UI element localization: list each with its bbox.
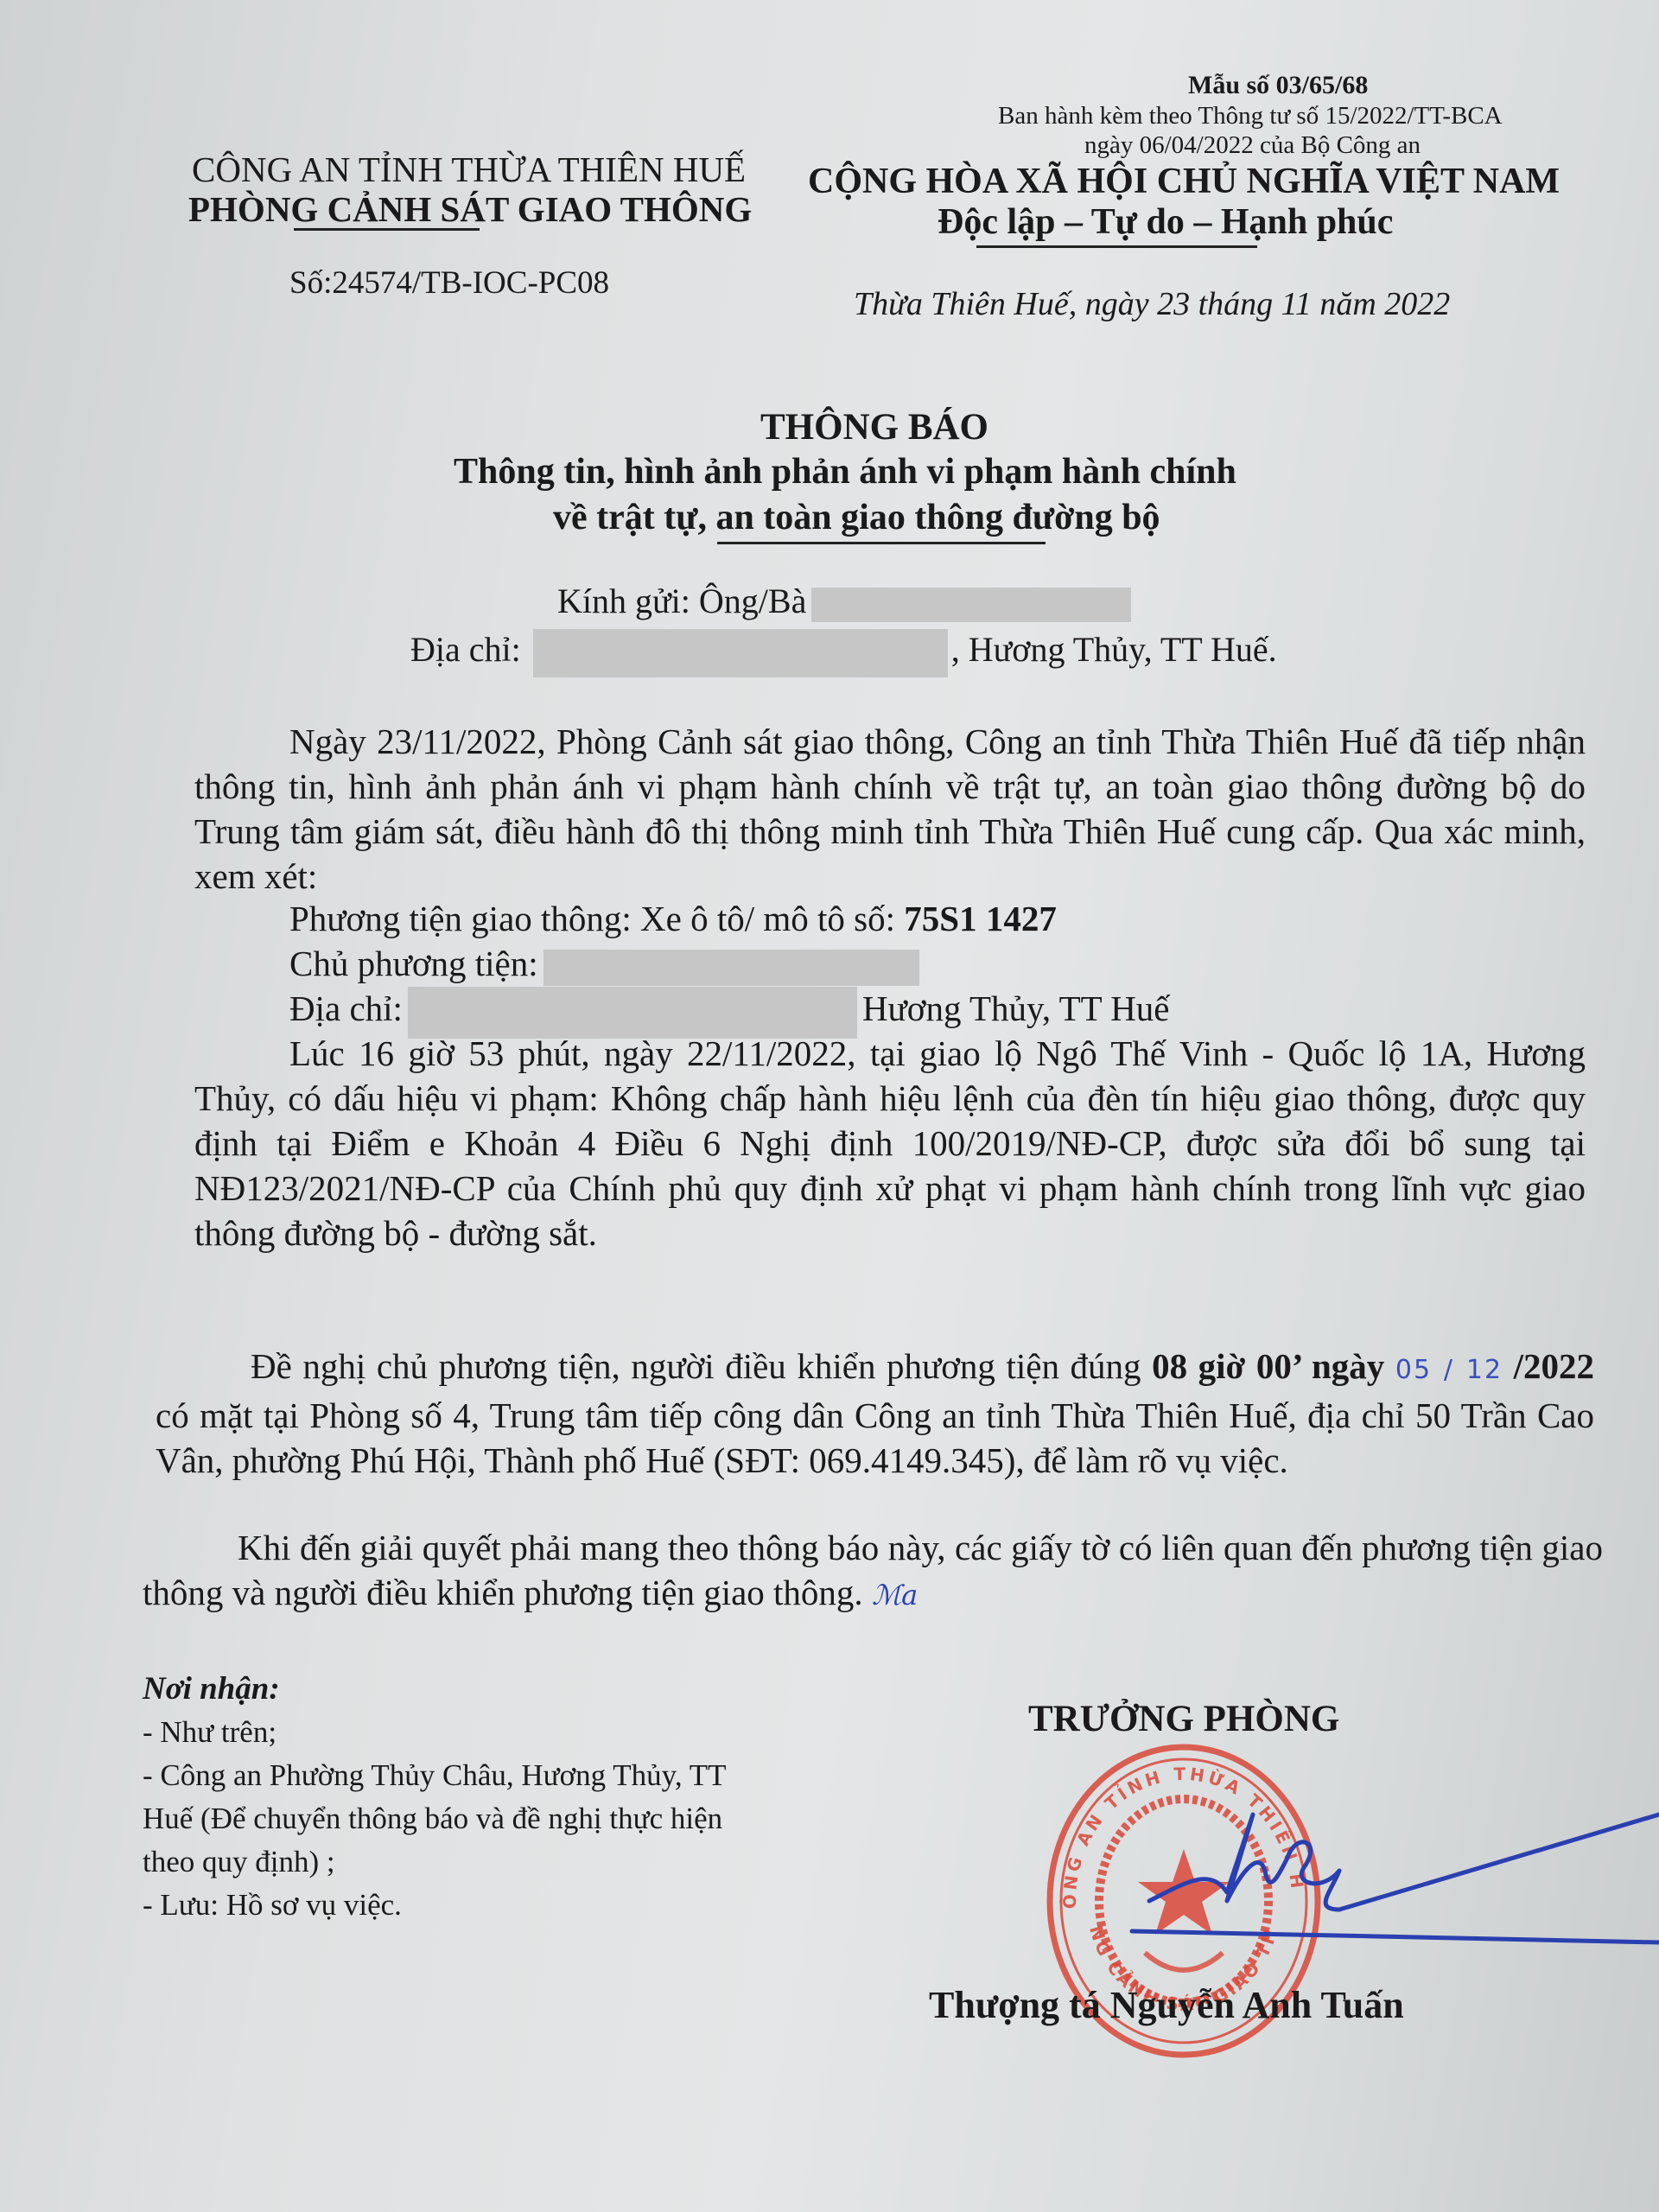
form-number: Mẫu số 03/65/68 bbox=[1188, 71, 1368, 100]
recipient-item: theo quy định) ; bbox=[143, 1840, 726, 1884]
agency-name: CÔNG AN TỈNH THỪA THIÊN HUẾ bbox=[192, 149, 746, 190]
owner-line: Chủ phương tiện: bbox=[289, 941, 1170, 986]
department-name: PHÒNG CẢNH SÁT GIAO THÔNG bbox=[188, 188, 752, 230]
recipients-list: Nơi nhận: - Như trên; - Công an Phường T… bbox=[143, 1668, 726, 1927]
vehicle-line: Phương tiện giao thông: Xe ô tô/ mô tô s… bbox=[289, 896, 1170, 941]
address-suffix: , Hương Thủy, TT Huế. bbox=[951, 630, 1277, 669]
recipient-label: Kính gửi: Ông/Bà bbox=[557, 582, 806, 620]
recipient-item: - Như trên; bbox=[143, 1711, 726, 1754]
document-title: THÔNG BÁO bbox=[760, 406, 988, 448]
redacted-owner-name bbox=[543, 950, 919, 986]
address-label: Địa chỉ: bbox=[410, 630, 521, 669]
redacted-recipient-name bbox=[811, 588, 1131, 622]
motto-underline bbox=[976, 245, 1257, 248]
form-issued-date: ngày 06/04/2022 của Bộ Công an bbox=[1084, 131, 1421, 160]
paragraph-violation: Lúc 16 giờ 53 phút, ngày 22/11/2022, tại… bbox=[194, 1031, 1586, 1255]
department-underline bbox=[294, 228, 480, 231]
document-subtitle-line1: Thông tin, hình ảnh phản ánh vi phạm hàn… bbox=[454, 451, 1236, 493]
national-motto: Độc lập – Tự do – Hạnh phúc bbox=[938, 201, 1393, 243]
recipients-header: Nơi nhận: bbox=[143, 1668, 726, 1711]
appointment-location: có mặt tại Phòng số 4, Trung tâm tiếp cô… bbox=[156, 1395, 1594, 1480]
owner-address-line: Địa chỉ:Hương Thủy, TT Huế bbox=[289, 986, 1170, 1031]
paragraph-intro: Ngày 23/11/2022, Phòng Cảnh sát giao thô… bbox=[194, 719, 1586, 899]
owner-label: Chủ phương tiện: bbox=[289, 944, 538, 983]
place-date: Thừa Thiên Huế, ngày 23 tháng 11 năm 202… bbox=[854, 285, 1450, 323]
country-name: CỘNG HÒA XÃ HỘI CHỦ NGHĨA VIỆT NAM bbox=[808, 161, 1560, 202]
recipient-line: Kính gửi: Ông/Bà bbox=[557, 581, 1131, 622]
signer-position: TRƯỞNG PHÒNG bbox=[1028, 1698, 1339, 1740]
recipient-item: - Công an Phường Thủy Châu, Hương Thủy, … bbox=[143, 1754, 726, 1797]
appointment-year: /2022 bbox=[1514, 1346, 1594, 1386]
title-underline bbox=[717, 542, 1046, 544]
handwritten-appointment-date: 05 / 12 bbox=[1395, 1355, 1503, 1385]
document-subtitle-line2: về trật tự, an toàn giao thông đường bộ bbox=[553, 497, 1160, 538]
paragraph-documents: Khi đến giải quyết phải mang theo thông … bbox=[143, 1525, 1603, 1618]
handwritten-initial: ℳa bbox=[872, 1579, 918, 1611]
recipient-item: - Lưu: Hồ sơ vụ việc. bbox=[143, 1884, 726, 1927]
vehicle-label: Phương tiện giao thông: Xe ô tô/ mô tô s… bbox=[289, 899, 904, 938]
appointment-intro: Đề nghị chủ phương tiện, người điều khiể… bbox=[251, 1346, 1152, 1386]
owner-address-suffix: Hương Thủy, TT Huế bbox=[862, 988, 1170, 1028]
recipient-address-line: Địa chỉ:, Hương Thủy, TT Huế. bbox=[410, 629, 1277, 677]
recipient-item: Huế (Để chuyển thông báo và đề nghị thực… bbox=[143, 1797, 726, 1840]
plate-number: 75S1 1427 bbox=[904, 899, 1057, 938]
redacted-recipient-address bbox=[533, 629, 948, 677]
owner-address-label: Địa chỉ: bbox=[289, 988, 403, 1028]
form-issued-by: Ban hành kèm theo Thông tư số 15/2022/TT… bbox=[998, 102, 1503, 130]
document-page: Mẫu số 03/65/68 Ban hành kèm theo Thông … bbox=[0, 0, 1659, 2212]
vehicle-details: Phương tiện giao thông: Xe ô tô/ mô tô s… bbox=[289, 896, 1170, 1031]
appointment-time: 08 giờ 00’ ngày bbox=[1152, 1346, 1384, 1386]
document-number: Số:24574/TB-IOC-PC08 bbox=[289, 264, 609, 302]
signer-name: Thượng tá Nguyễn Anh Tuấn bbox=[929, 1983, 1404, 2027]
handwritten-signature-icon bbox=[1123, 1797, 1659, 1987]
paragraph-appointment: Đề nghị chủ phương tiện, người điều khiể… bbox=[156, 1344, 1594, 1483]
